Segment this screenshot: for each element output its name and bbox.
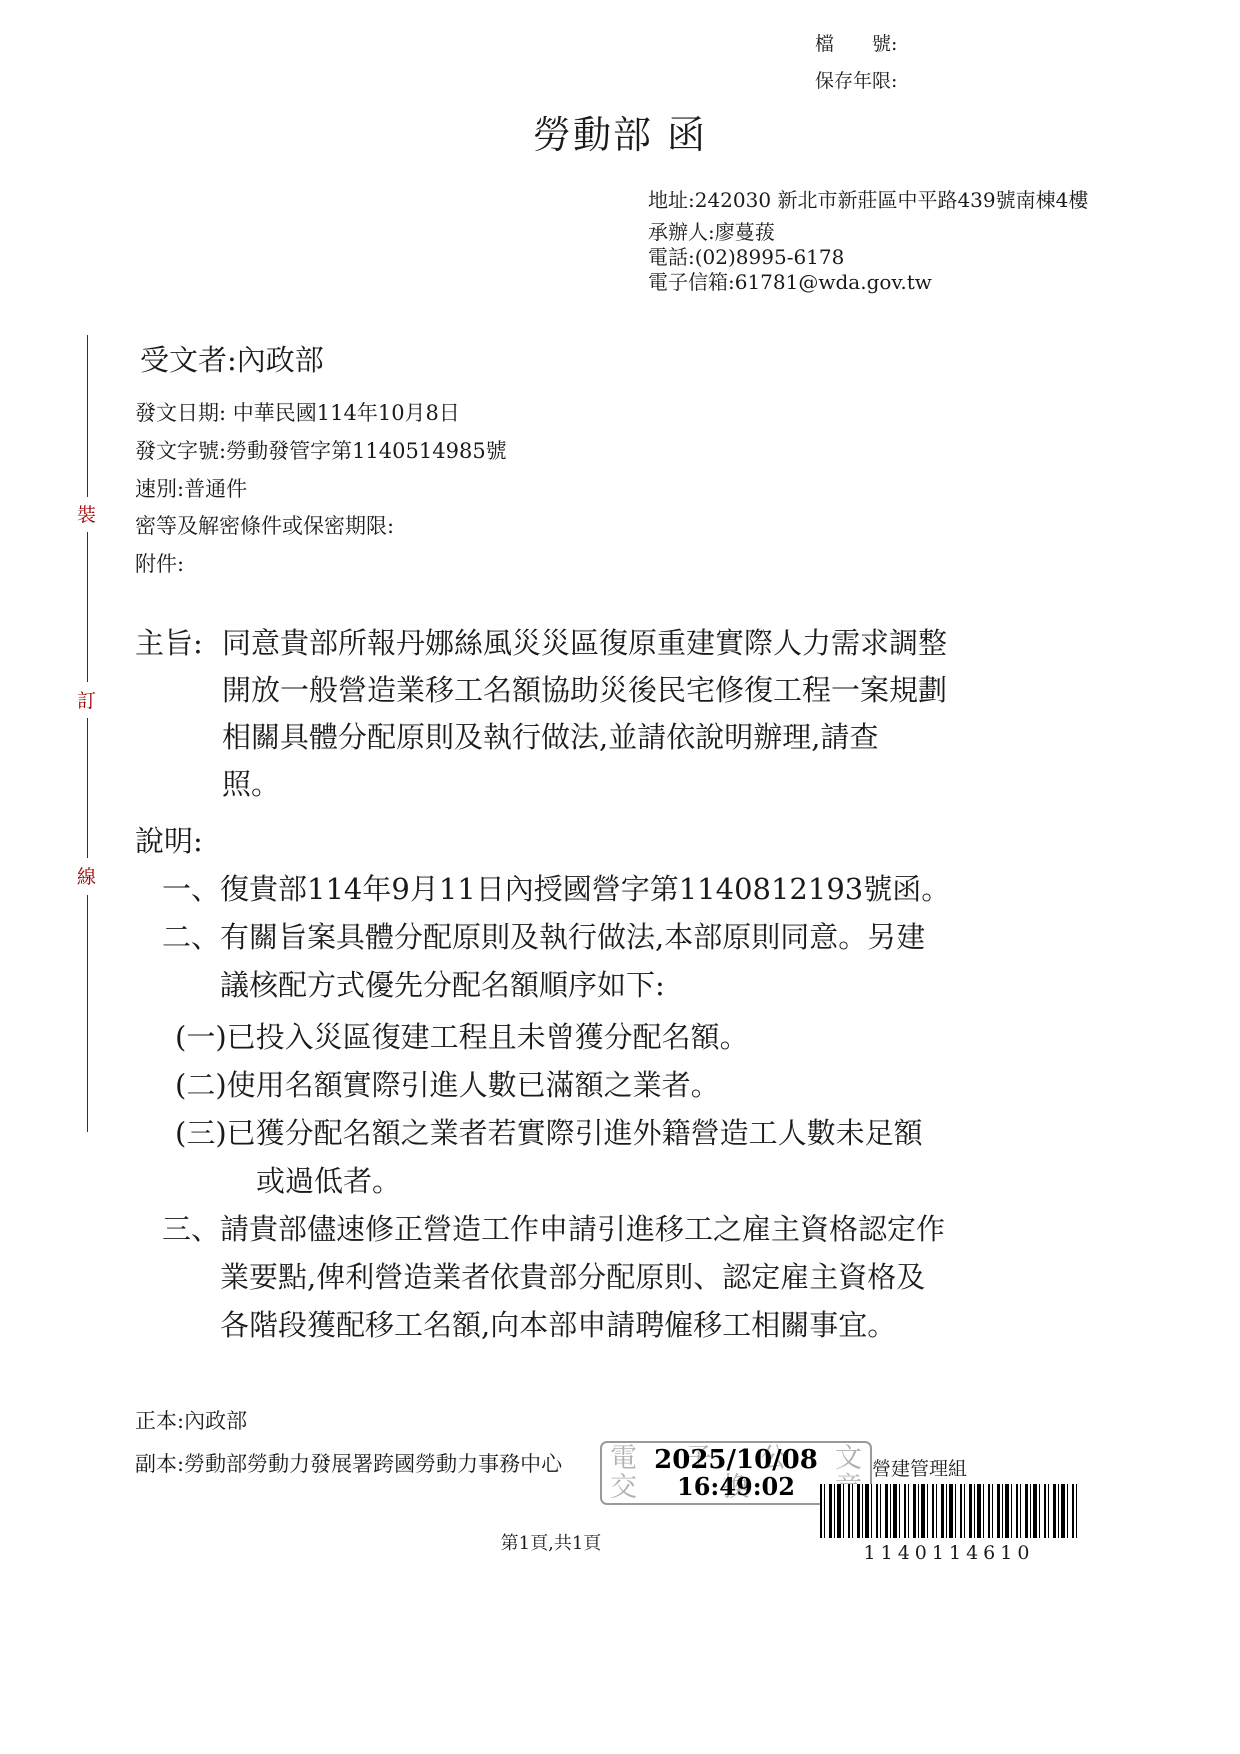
original-copy-line: 正本:內政部 bbox=[135, 1408, 247, 1434]
item-text: 有關旨案具體分配原則及執行做法,本部原則同意。另建 bbox=[220, 920, 925, 954]
explanation-item-2-cont: 議核配方式優先分配名額順序如下: bbox=[220, 967, 665, 1003]
subitem-text: 已投入災區復建工程且未曾獲分配名額。 bbox=[227, 1020, 749, 1054]
agency-officer: 承辦人:廖蔓菝 bbox=[648, 220, 775, 245]
binding-mark-ding: 訂 bbox=[77, 686, 96, 713]
stamp-time: 16:49:02 bbox=[677, 1474, 795, 1500]
document-title: 勞動部 函 bbox=[0, 112, 1240, 160]
subject-line: 開放一般營造業移工名額協助災後民宅修復工程一案規劃 bbox=[222, 672, 947, 708]
file-number-label: 檔 號: bbox=[815, 33, 897, 57]
explanation-item-3-cont: 業要點,俾利營造業者依貴部分配原則、認定雇主資格及 bbox=[220, 1259, 925, 1295]
explanation-sub-3-cont: 或過低者。 bbox=[256, 1163, 401, 1199]
item-text: 請貴部儘速修正營造工作申請引進移工之雇主資格認定作 bbox=[220, 1212, 945, 1246]
agency-email: 電子信箱:61781@wda.gov.tw bbox=[648, 270, 932, 295]
subitem-number: (二) bbox=[175, 1068, 227, 1102]
item-number: 二、 bbox=[162, 920, 220, 954]
binding-rail-line bbox=[87, 895, 88, 1132]
page-indicator: 第1頁,共1頁 bbox=[0, 1533, 1102, 1556]
attachment-label: 附件: bbox=[135, 551, 184, 577]
item-text: 復貴部114年9月11日內授國營字第1140812193號函。 bbox=[220, 872, 950, 906]
security-class: 密等及解密條件或保密期限: bbox=[135, 513, 394, 539]
explanation-item-3-cont: 各階段獲配移工名額,向本部申請聘僱移工相關事宜。 bbox=[220, 1307, 896, 1343]
binding-rail-line bbox=[87, 532, 88, 682]
subject-line: 照。 bbox=[222, 766, 280, 802]
item-number: 三、 bbox=[162, 1212, 220, 1246]
stamp-datetime: 2025/10/08 16:49:02 bbox=[602, 1443, 870, 1503]
agency-address: 地址:242030 新北市新莊區中平路439號南棟4樓 bbox=[648, 188, 1088, 213]
subitem-text: 使用名額實際引進人數已滿額之業者。 bbox=[227, 1068, 720, 1102]
retention-period-label: 保存年限: bbox=[815, 70, 897, 94]
explanation-item-3: 三、請貴部儘速修正營造工作申請引進移工之雇主資格認定作 bbox=[162, 1211, 945, 1247]
subitem-text: 已獲分配名額之業者若實際引進外籍營造工人數未足額 bbox=[227, 1116, 923, 1150]
dispatch-number: 發文字號:勞動發管字第1140514985號 bbox=[135, 438, 507, 464]
handling-unit: 營建管理組 bbox=[872, 1458, 967, 1482]
explanation-sub-3: (三)已獲分配名額之業者若實際引進外籍營造工人數未足額 bbox=[175, 1115, 923, 1151]
official-letter-page: 檔 號: 保存年限: 勞動部 函 地址:242030 新北市新莊區中平路439號… bbox=[0, 0, 1240, 1754]
stamp-date: 2025/10/08 bbox=[654, 1446, 818, 1475]
carbon-copy-line: 副本:勞動部勞動力發展署跨國勞動力事務中心 bbox=[135, 1451, 562, 1477]
binding-mark-zhuang: 裝 bbox=[77, 500, 96, 527]
subitem-number: (一) bbox=[175, 1020, 227, 1054]
binding-rail-line bbox=[87, 335, 88, 497]
explanation-item-2: 二、有關旨案具體分配原則及執行做法,本部原則同意。另建 bbox=[162, 919, 925, 955]
explanation-label: 說明: bbox=[135, 823, 203, 859]
subitem-number: (三) bbox=[175, 1116, 227, 1150]
recipient-line: 受文者:內政部 bbox=[140, 342, 324, 378]
agency-phone: 電話:(02)8995-6178 bbox=[648, 245, 844, 270]
dispatch-date: 發文日期: 中華民國114年10月8日 bbox=[135, 400, 460, 426]
binding-mark-xian: 線 bbox=[77, 862, 96, 889]
electronic-exchange-stamp: 電 子 公 文 交 換 章 2025/10/08 16:49:02 bbox=[600, 1441, 872, 1505]
subject-label: 主旨: bbox=[135, 625, 203, 661]
binding-rail-line bbox=[87, 718, 88, 858]
subject-line: 同意貴部所報丹娜絲風災災區復原重建實際人力需求調整 bbox=[222, 625, 947, 661]
explanation-sub-2: (二)使用名額實際引進人數已滿額之業者。 bbox=[175, 1067, 720, 1103]
item-number: 一、 bbox=[162, 872, 220, 906]
explanation-item-1: 一、復貴部114年9月11日內授國營字第1140812193號函。 bbox=[162, 871, 950, 907]
speed-class: 速別:普通件 bbox=[135, 476, 247, 502]
explanation-sub-1: (一)已投入災區復建工程且未曾獲分配名額。 bbox=[175, 1019, 749, 1055]
subject-line: 相關具體分配原則及執行做法,並請依說明辦理,請查 bbox=[222, 719, 878, 755]
